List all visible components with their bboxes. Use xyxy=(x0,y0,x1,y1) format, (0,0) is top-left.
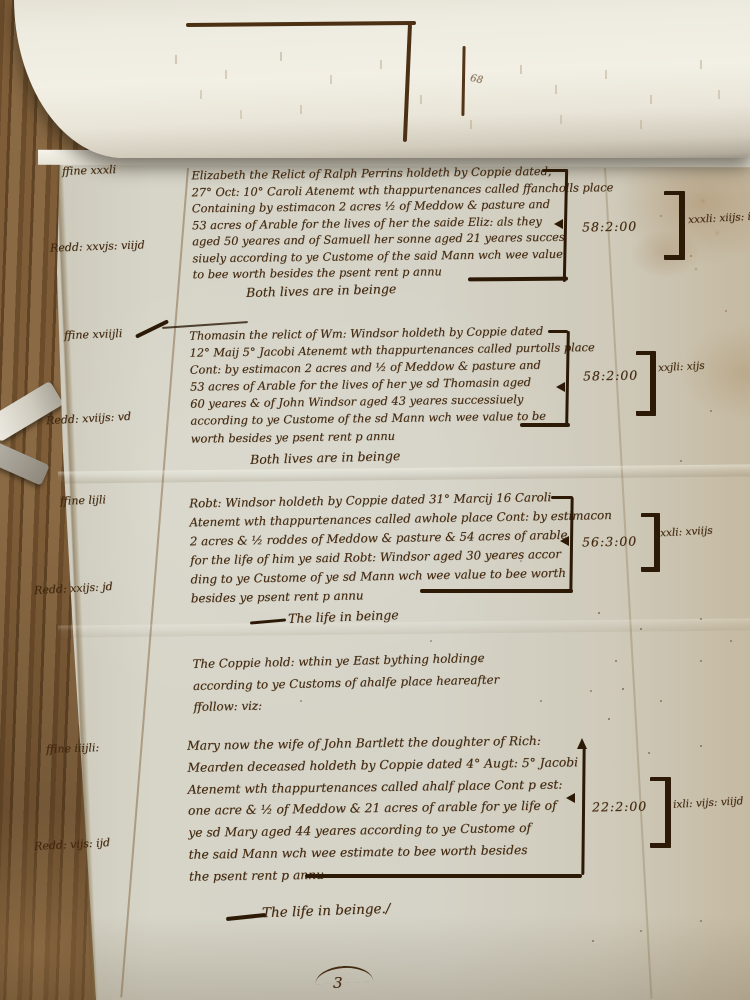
entry-text: Elizabeth the Relict of Ralph Perrins ho… xyxy=(191,163,574,283)
entry-text: Thomasin the relict of Wm: Windsor holde… xyxy=(189,322,576,447)
entry-bracket-bottom-arm xyxy=(468,277,568,282)
entry-text: Mary now the wife of John Bartlett the d… xyxy=(187,730,581,888)
acreage-value: 58:2:00 xyxy=(583,368,638,384)
entry-bracket-top-arm xyxy=(542,169,567,172)
ink-bleed-dashes xyxy=(0,0,2,9)
value-bracket xyxy=(650,777,671,848)
margin-fine-note: ffine iiijli: xyxy=(46,741,100,756)
value-bracket xyxy=(641,513,660,572)
bracket-arrow-icon xyxy=(577,738,587,749)
page-number: 3 xyxy=(333,974,343,992)
value-bracket xyxy=(636,351,656,416)
value-bracket xyxy=(664,191,685,260)
customs-note: The Coppie hold: wthin ye East bything h… xyxy=(192,646,573,718)
bracket-barb-icon xyxy=(566,793,575,803)
entry-bracket-bottom-arm xyxy=(420,589,573,593)
margin-fine-note: ffine xxxli xyxy=(62,163,116,178)
entry-bracket-top-arm xyxy=(548,330,568,333)
entry-underline xyxy=(305,874,582,878)
ink-bleed-numeral: 68 xyxy=(469,73,484,86)
acreage-value: 56:3:00 xyxy=(582,534,637,550)
entry-bracket-bottom-arm xyxy=(520,423,570,427)
bracket-barb-icon xyxy=(560,536,569,546)
entry-bracket-top-arm xyxy=(551,496,573,499)
manuscript-photo: 68 ffine xxxli Redd: xxvjs: viijd Elizab… xyxy=(0,0,750,1000)
acreage-value: 58:2:00 xyxy=(582,219,637,235)
margin-fine-note: ffine xviijli xyxy=(64,327,123,342)
acreage-value: 22:2:00 xyxy=(592,799,647,815)
margin-fine-note: ffine lijli xyxy=(60,493,106,508)
bracket-barb-icon xyxy=(554,219,563,229)
valuation-roman: xxjli: xijs xyxy=(658,360,705,374)
bracket-barb-icon xyxy=(556,382,565,392)
